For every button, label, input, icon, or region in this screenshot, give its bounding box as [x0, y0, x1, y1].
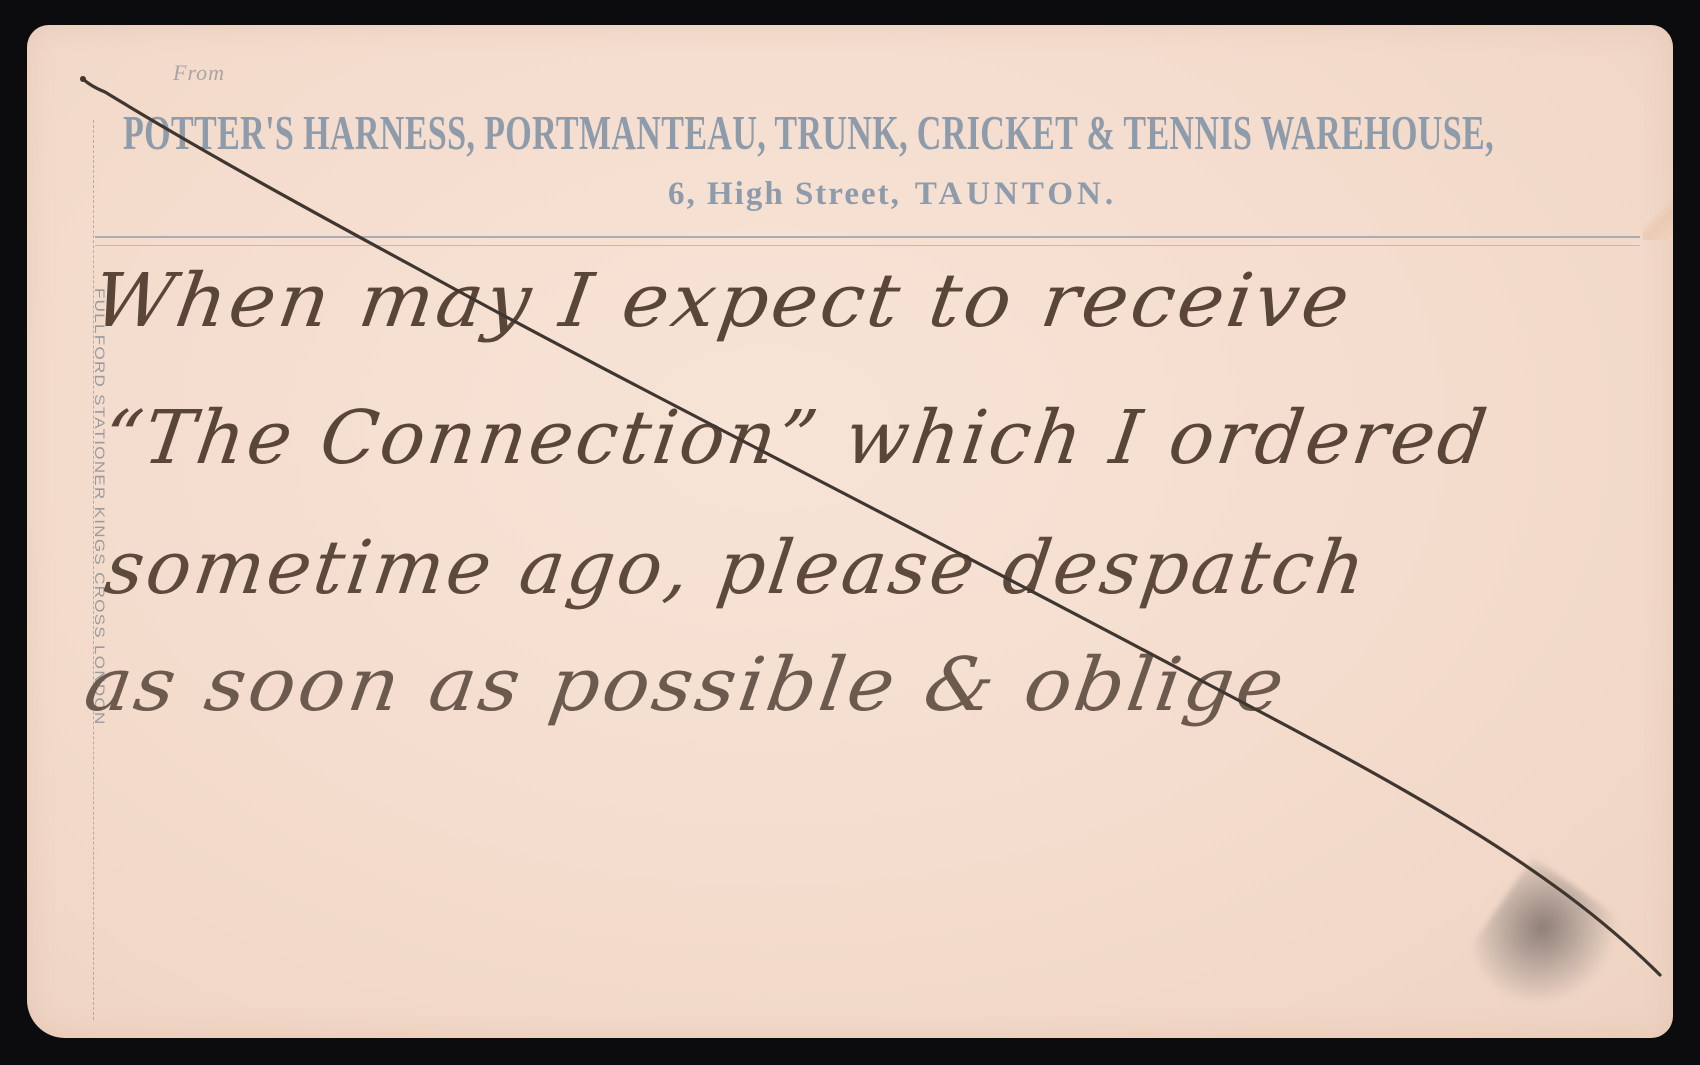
message-line-4: as soon as possible & oblige — [79, 642, 1292, 728]
message-line-1: When may I expect to receive — [87, 258, 1358, 344]
message-line-3: sometime ago, please despatch — [100, 525, 1373, 611]
handwritten-message: When may I expect to receive “The Connec… — [0, 0, 1700, 1065]
message-line-2: “The Connection” which I ordered — [98, 395, 1495, 481]
